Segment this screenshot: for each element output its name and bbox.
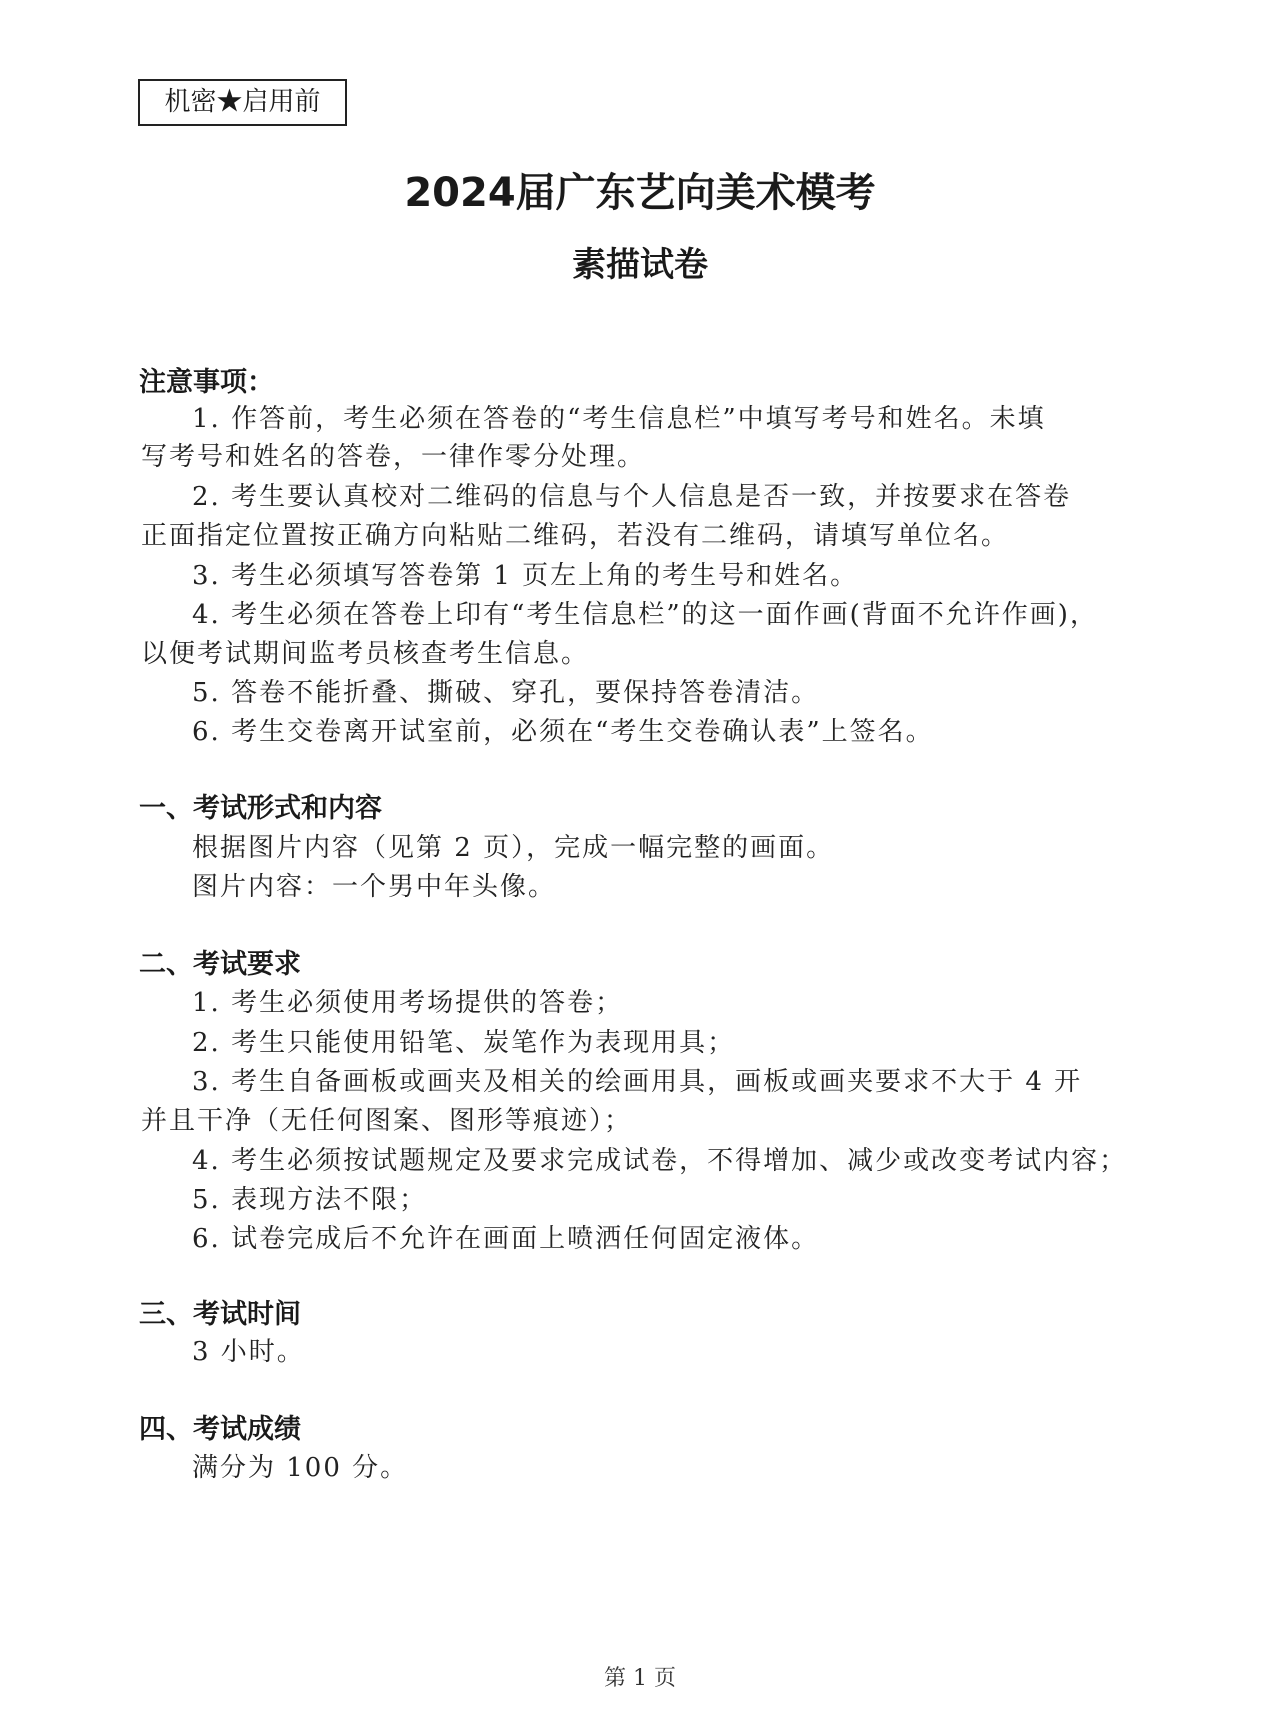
section-heading: 三、考试时间 — [139, 1295, 301, 1335]
section-line: 2. 考生只能使用铅笔、炭笔作为表现用具； — [192, 1024, 735, 1062]
page-title: 2024届广东艺向美术模考 — [0, 167, 1280, 219]
notice-line: 6. 考生交卷离开试室前，必须在“考生交卷确认表”上签名。 — [192, 713, 934, 751]
section-heading: 四、考试成绩 — [139, 1410, 301, 1450]
section-line: 3 小时。 — [192, 1333, 305, 1371]
section-line: 1. 考生必须使用考场提供的答卷； — [192, 984, 623, 1022]
section-line: 6. 试卷完成后不允许在画面上喷洒任何固定液体。 — [192, 1220, 819, 1258]
page-number: 第 1 页 — [0, 1664, 1280, 1694]
page-subtitle: 素描试卷 — [0, 240, 1280, 290]
section-line: 满分为 100 分。 — [192, 1449, 408, 1487]
section-line: 4. 考生必须按试题规定及要求完成试卷，不得增加、减少或改变考试内容； — [192, 1142, 1127, 1180]
notice-line: 1. 作答前，考生必须在答卷的“考生信息栏”中填写考号和姓名。未填 — [192, 400, 1046, 438]
section-line: 并且干净（无任何图案、图形等痕迹）； — [141, 1102, 632, 1140]
section-line: 根据图片内容（见第 2 页），完成一幅完整的画面。 — [192, 829, 834, 867]
notice-line: 4. 考生必须在答卷上印有“考生信息栏”的这一面作画(背面不允许作画)， — [192, 596, 1098, 634]
section-line: 5. 表现方法不限； — [192, 1181, 427, 1219]
notice-line: 以便考试期间监考员核查考生信息。 — [141, 635, 589, 673]
notice-line: 2. 考生要认真校对二维码的信息与个人信息是否一致，并按要求在答卷 — [192, 478, 1071, 516]
section-heading: 二、考试要求 — [139, 945, 301, 985]
section-line: 3. 考生自备画板或画夹及相关的绘画用具，画板或画夹要求不大于 4 开 — [192, 1063, 1082, 1101]
notice-line: 写考号和姓名的答卷，一律作零分处理。 — [141, 438, 645, 476]
notice-line: 正面指定位置按正确方向粘贴二维码，若没有二维码，请填写单位名。 — [141, 517, 1009, 555]
section-heading: 一、考试形式和内容 — [139, 789, 382, 829]
notice-line: 3. 考生必须填写答卷第 1 页左上角的考生号和姓名。 — [192, 557, 858, 595]
notice-heading: 注意事项： — [139, 363, 274, 403]
notice-line: 5. 答卷不能折叠、撕破、穿孔，要保持答卷清洁。 — [192, 674, 819, 712]
confidential-stamp: 机密★启用前 — [138, 79, 347, 126]
section-line: 图片内容：一个男中年头像。 — [192, 868, 556, 906]
